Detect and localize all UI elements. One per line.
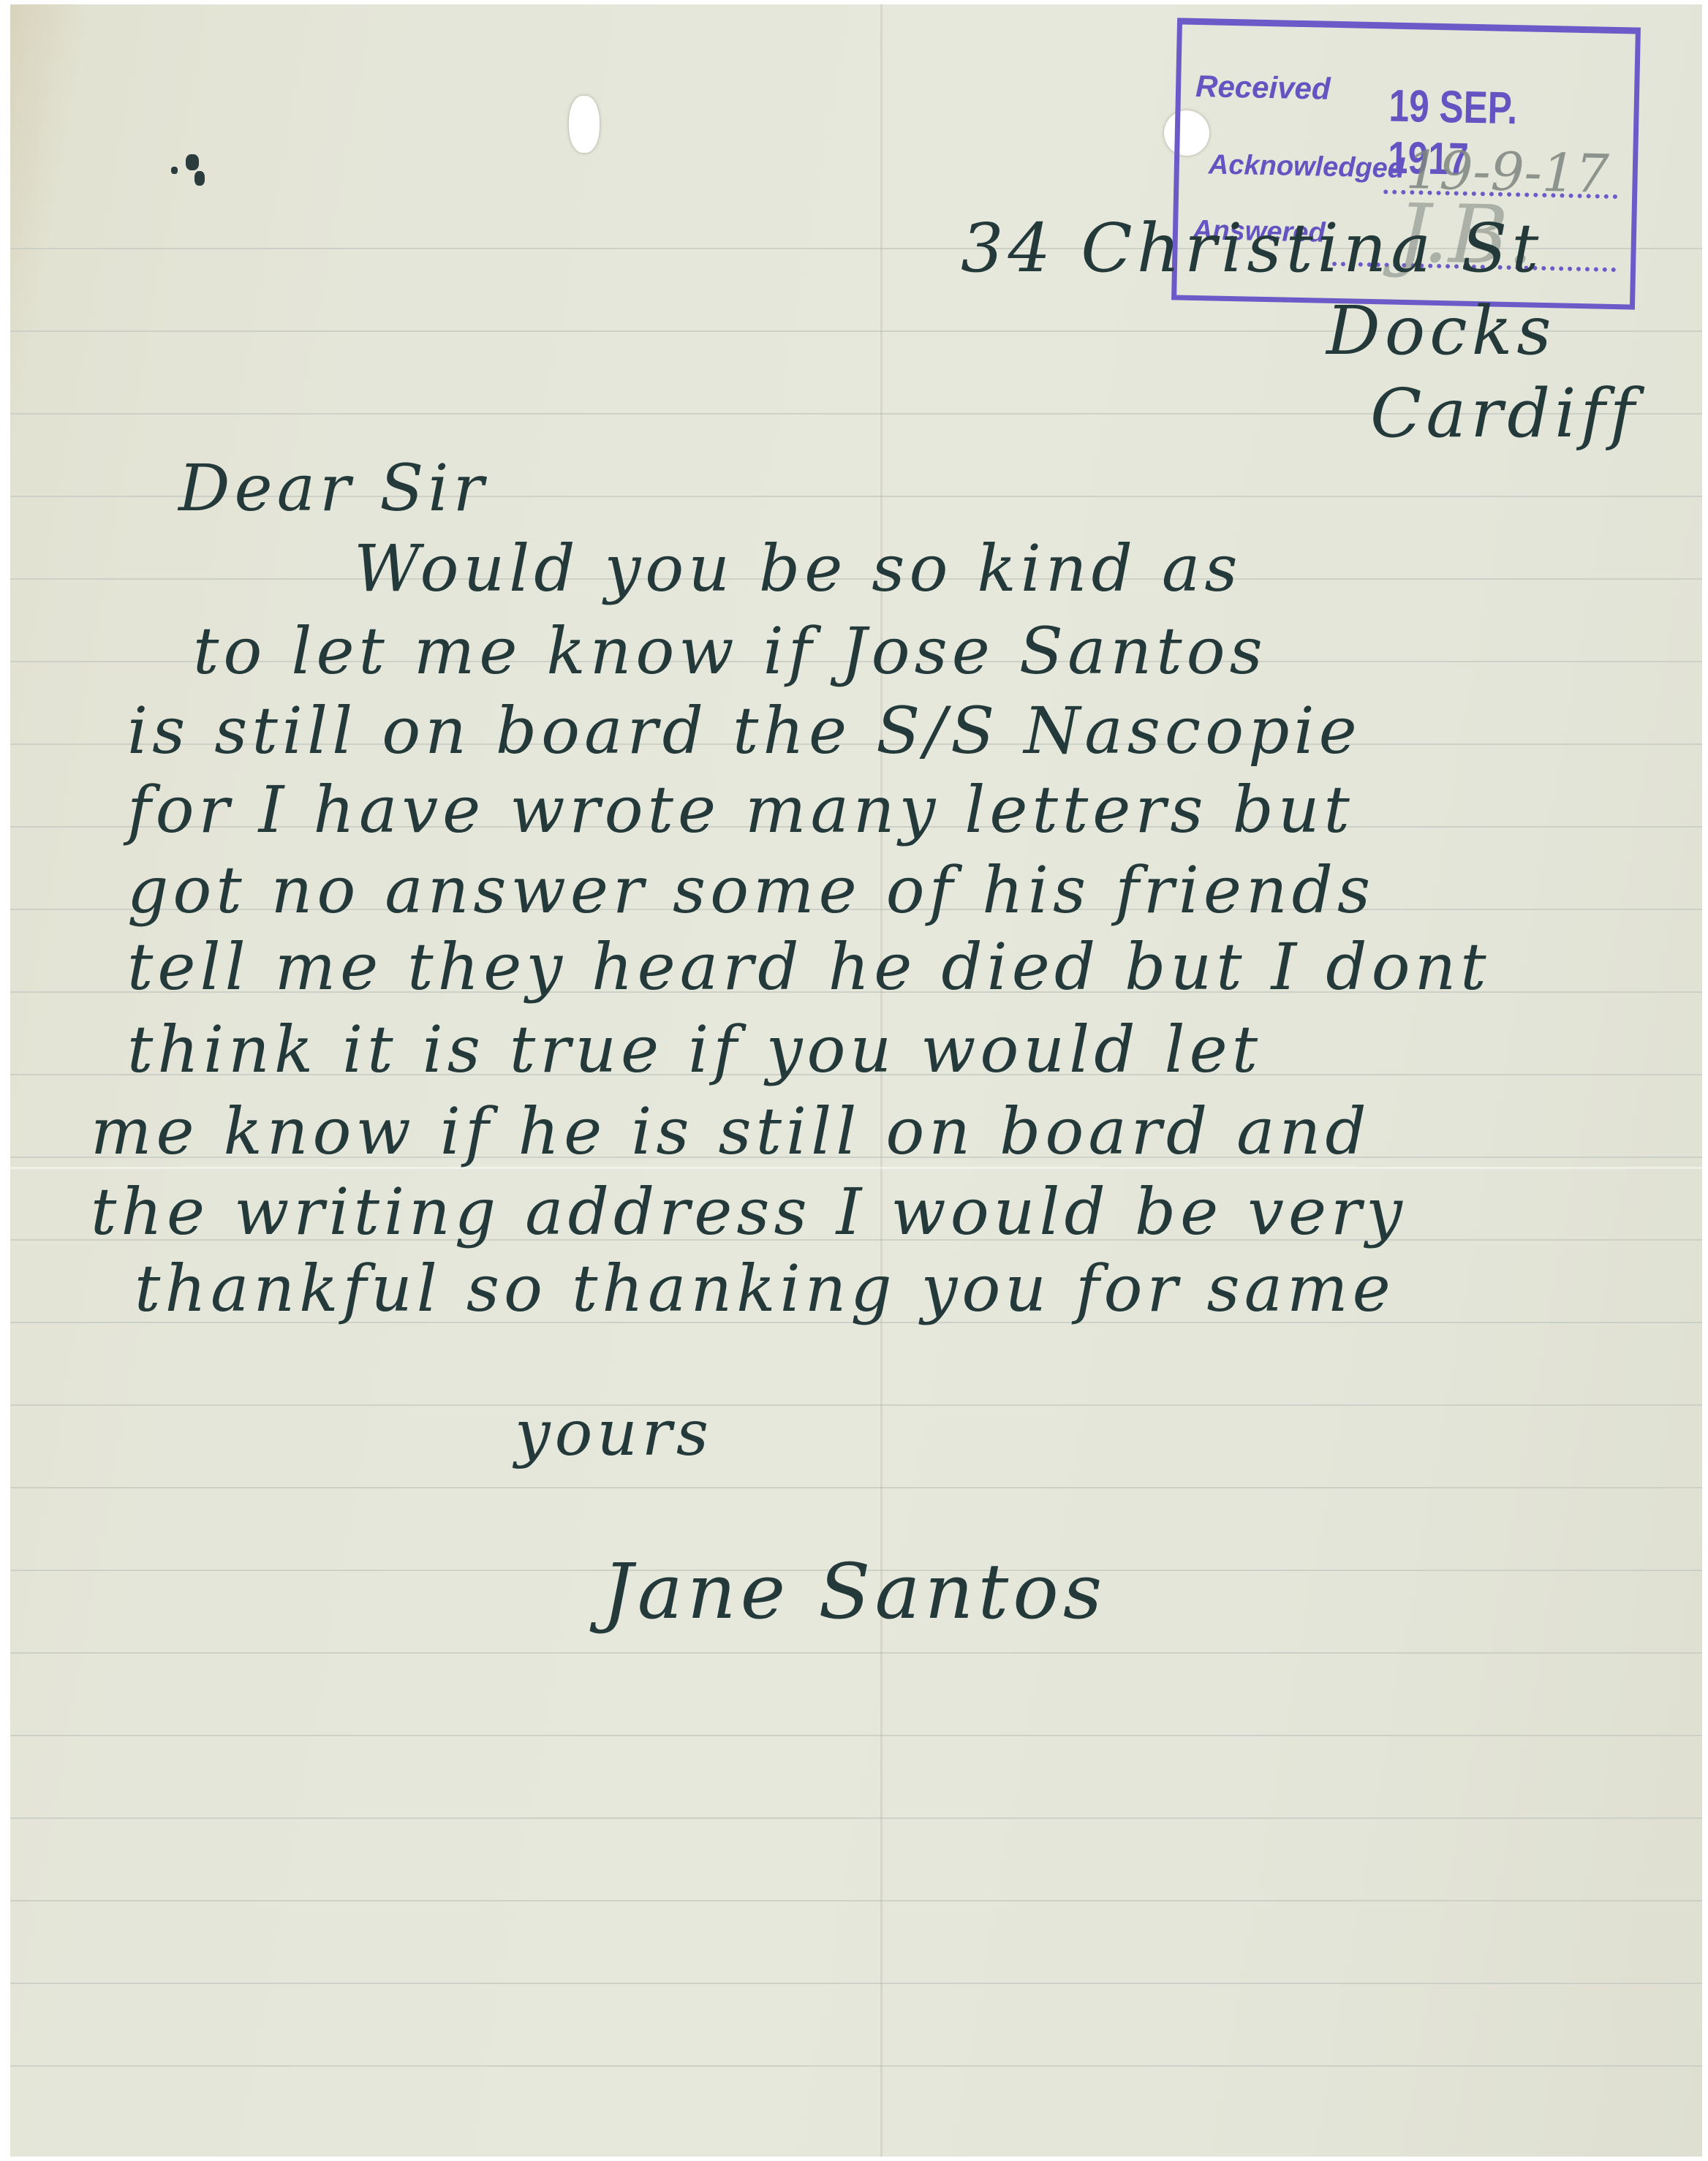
ink-blot	[186, 154, 199, 170]
stamp-received-label: Received	[1195, 69, 1331, 107]
ruled-line	[10, 1983, 1702, 1984]
body-line: think it is true if you would let	[127, 1012, 1262, 1087]
letter-paper: Received 19 SEP. 1917 Acknowledged 19-9-…	[10, 4, 1702, 2157]
body-line: thankful so thanking you for same	[135, 1251, 1395, 1326]
body-line: the writing address I would be very	[91, 1174, 1407, 1249]
ruled-line	[10, 1735, 1702, 1736]
address-line-street: 34 Christina St	[961, 209, 1543, 287]
punch-hole	[569, 96, 600, 153]
ruled-line	[10, 1404, 1702, 1406]
body-line: for I have wrote many letters but	[127, 772, 1354, 847]
ink-blot	[194, 171, 205, 186]
salutation: Dear Sir	[178, 450, 488, 526]
ruled-line	[10, 2065, 1702, 2067]
address-line-area: Docks	[1326, 292, 1556, 370]
body-line: me know if he is still on board and	[91, 1094, 1371, 1169]
body-line: tell me they heard he died but I dont	[127, 929, 1491, 1004]
body-line: got no answer some of his friends	[127, 852, 1375, 928]
ruled-line	[10, 1900, 1702, 1901]
ruled-line	[10, 1652, 1702, 1654]
address-line-city: Cardiff	[1370, 374, 1639, 453]
body-line: is still on board the S/S Nascopie	[127, 693, 1361, 768]
ruled-line	[10, 1487, 1702, 1488]
body-line: Would you be so kind as	[354, 531, 1242, 606]
ink-blot	[171, 167, 178, 174]
closing: yours	[515, 1397, 713, 1470]
stamp-acknowledged-label: Acknowledged	[1208, 149, 1405, 185]
ruled-line	[10, 1817, 1702, 1819]
body-line: to let me know if Jose Santos	[193, 613, 1267, 689]
signature: Jane Santos	[602, 1547, 1106, 1636]
